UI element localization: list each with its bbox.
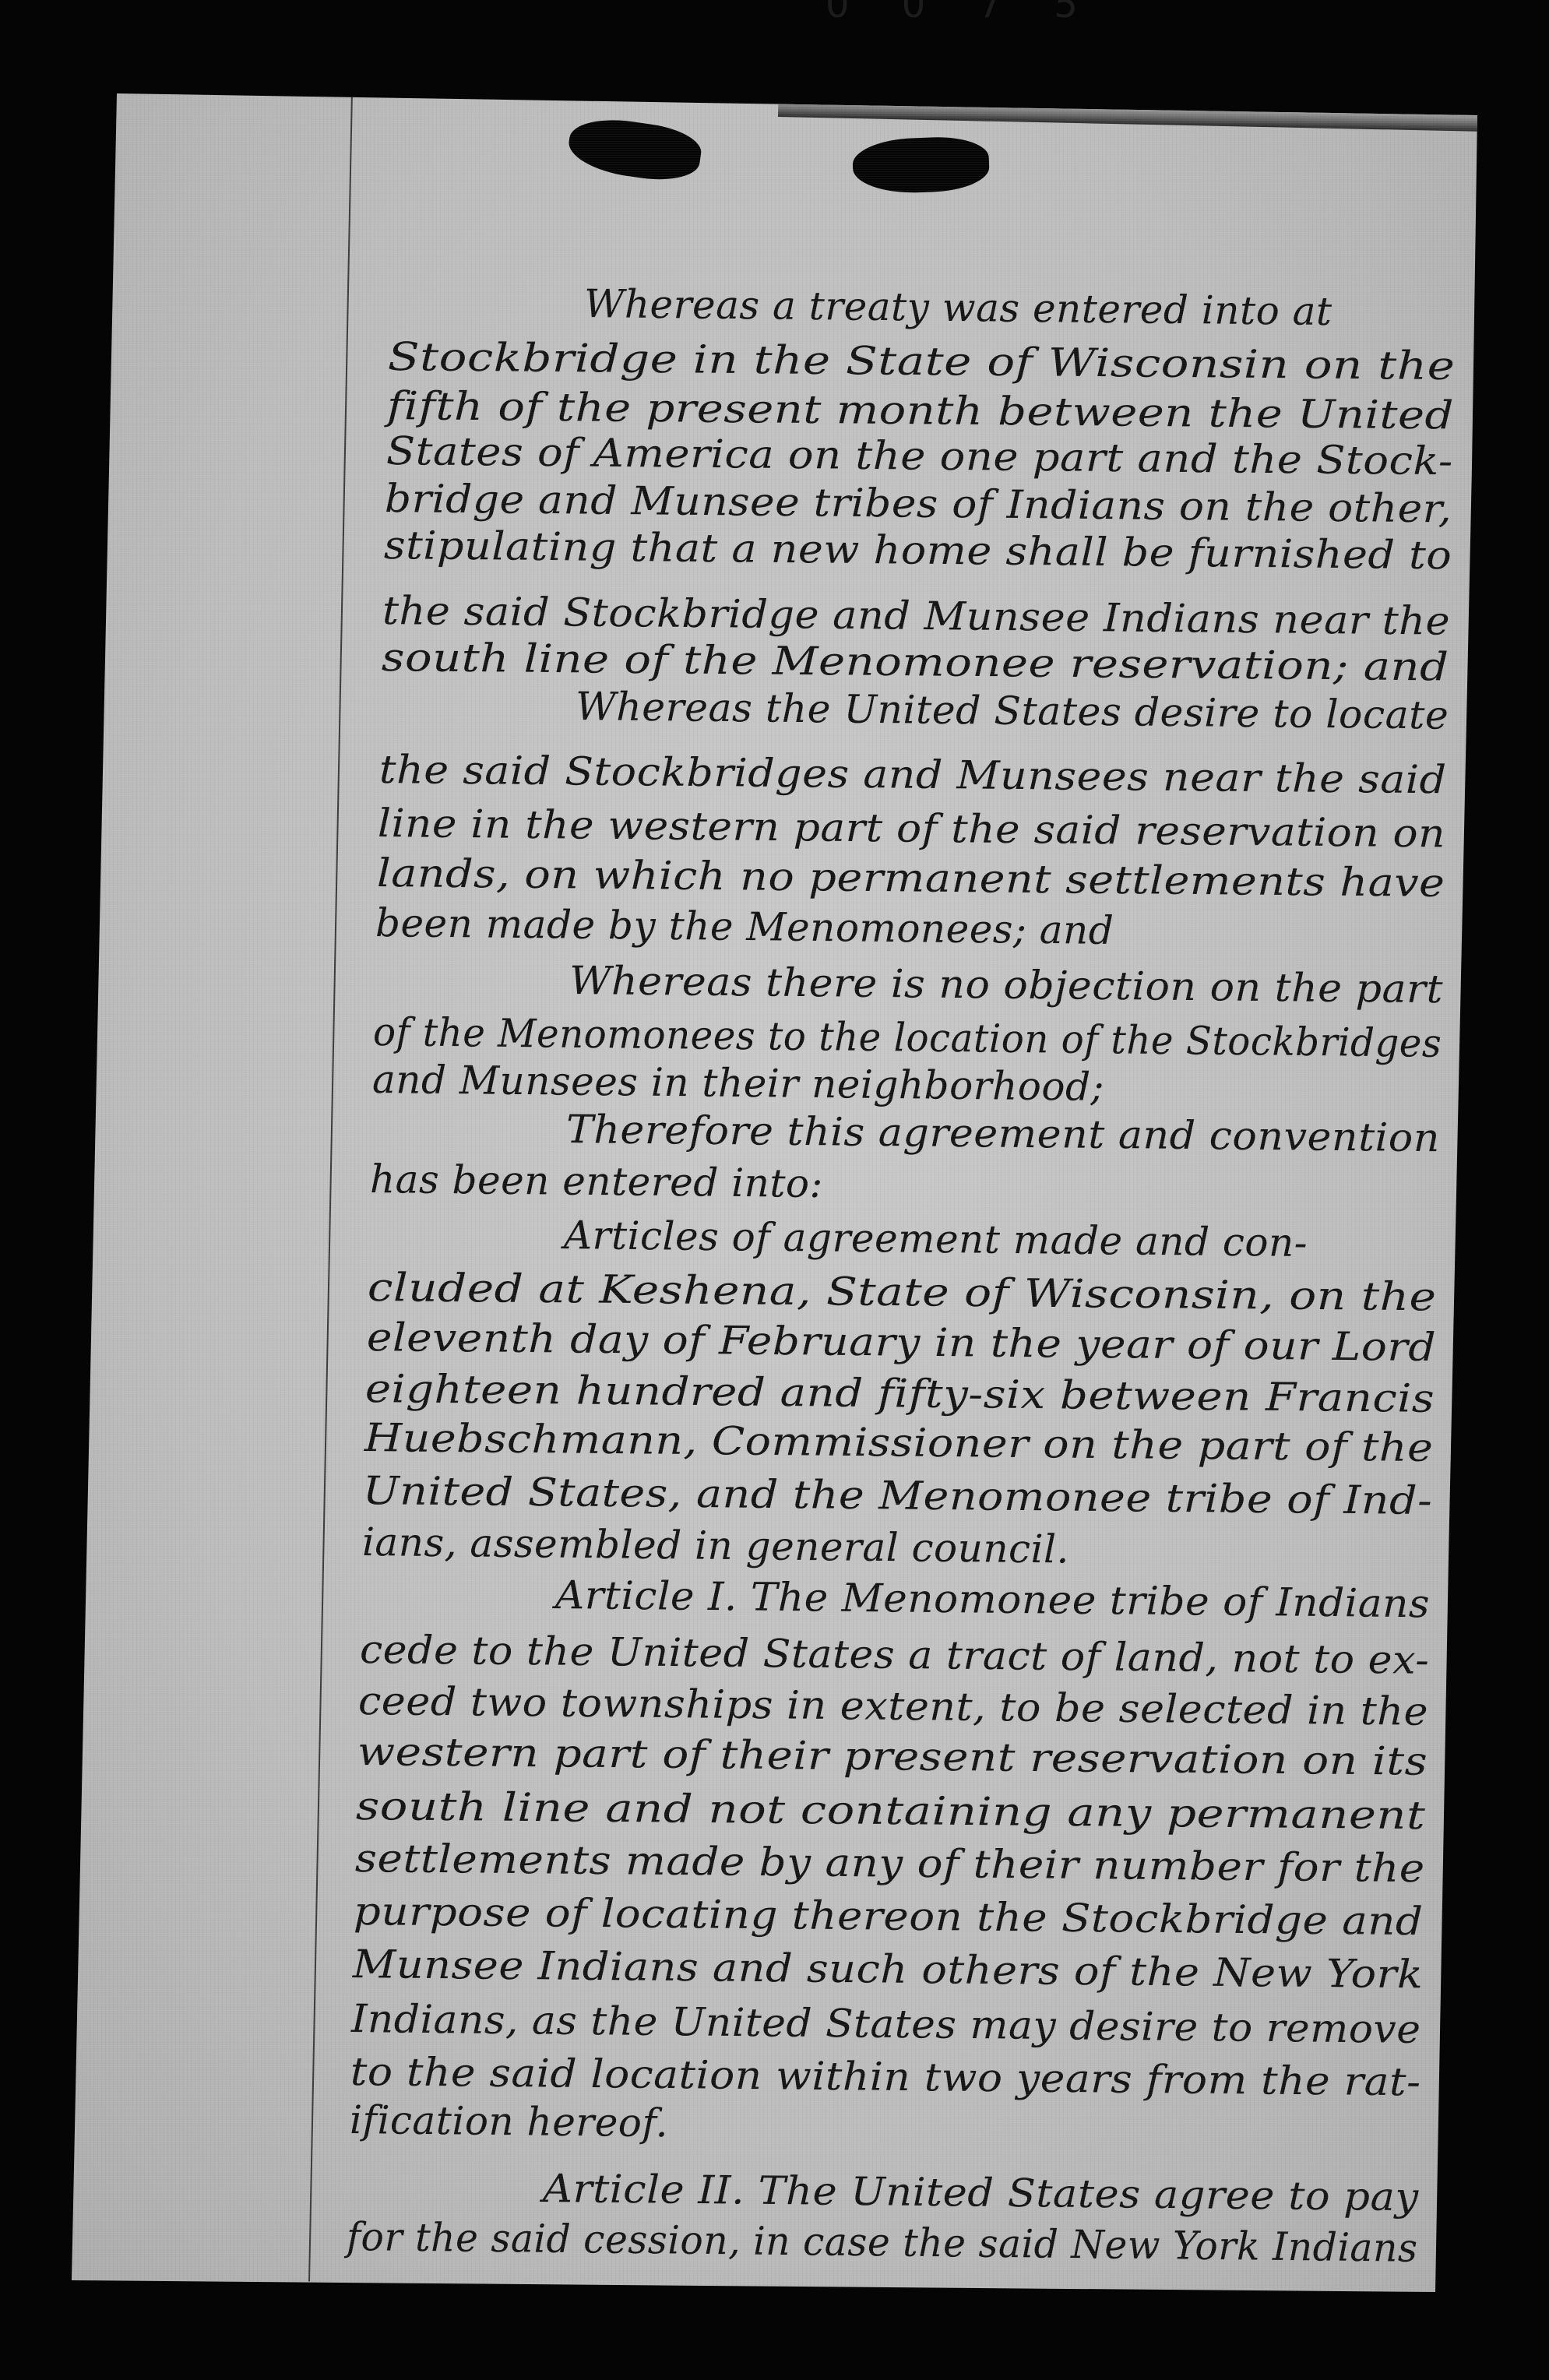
text-line: to the said location within two years fr… <box>350 2052 1421 2101</box>
text-line: bridge and Munsee tribes of Indians on t… <box>385 479 1452 528</box>
text-line: eighteen hundred and fifty-six between F… <box>365 1369 1435 1418</box>
paragraph-start-line: Articles of agreement made and con- <box>563 1216 1308 1262</box>
text-line: the said Stockbridge and Munsee Indians … <box>382 591 1451 641</box>
paragraph-start-line: Whereas a treaty was entered into at <box>584 284 1332 331</box>
film-frame-number: 0 0 7 5 <box>826 0 1098 26</box>
text-line: south line and not containing any perman… <box>356 1787 1426 1835</box>
text-line: Indians, as the United States may desire… <box>351 1999 1421 2049</box>
binding-hole-left <box>565 114 704 186</box>
text-line: cluded at Keshena, State of Wisconsin, o… <box>368 1268 1437 1316</box>
paragraph-start-line: Article II. The United States agree to p… <box>542 2169 1418 2216</box>
text-line: settlements made by any of their number … <box>355 1839 1425 1888</box>
text-line: ceed two townships in extent, to be sele… <box>358 1681 1429 1731</box>
text-line: and Munsees in their neighborhood; <box>372 1060 1104 1107</box>
text-line: of the Menomonees to the location of the… <box>373 1012 1442 1063</box>
text-line: purpose of locating thereon the Stockbri… <box>354 1892 1424 1941</box>
paragraph-start-line: Whereas there is no objection on the par… <box>569 961 1443 1009</box>
handwritten-text-block: Whereas a treaty was entered into atStoc… <box>0 0 1549 2380</box>
text-line: has been entered into: <box>370 1160 823 1203</box>
folded-page-edge <box>778 78 1480 132</box>
text-line: eleventh day of February in the year of … <box>366 1318 1436 1367</box>
text-line: ians, assembled in general council. <box>362 1523 1070 1569</box>
text-line: the said Stockbridges and Munsees near t… <box>378 750 1446 799</box>
text-line: south line of the Menomonee reservation;… <box>382 638 1449 686</box>
binding-hole-right <box>852 136 990 195</box>
text-line: been made by the Menomonees; and <box>375 903 1114 950</box>
text-line: ification hereof. <box>349 2100 668 2142</box>
text-line: lands, on which no permanent settlements… <box>377 854 1445 903</box>
text-line: Huebschmann, Commissioner on the part of… <box>364 1418 1434 1467</box>
paragraph-start-line: Therefore this agreement and convention <box>565 1110 1439 1157</box>
paragraph-start-line: Whereas the United States desire to loca… <box>575 687 1449 735</box>
paragraph-start-line: Article I. The Menomonee tribe of Indian… <box>555 1576 1431 1623</box>
text-line: fifth of the present month between the U… <box>387 386 1454 435</box>
text-line: Munsee Indians and such others of the Ne… <box>353 1945 1424 1994</box>
text-line: United States, and the Menomonee tribe o… <box>363 1471 1433 1520</box>
text-line: cede to the United States a tract of lan… <box>360 1630 1430 1680</box>
manuscript-page: Whereas a treaty was entered into atStoc… <box>0 0 1549 2380</box>
text-line: western part of their present reservatio… <box>357 1732 1428 1781</box>
text-line: Stockbridge in the State of Wisconsin on… <box>388 337 1456 386</box>
text-line: States of America on the one part and th… <box>385 431 1452 481</box>
margin-rule <box>308 92 353 2282</box>
text-line: stipulating that a new home shall be fur… <box>384 526 1452 575</box>
text-line: for the said cession, in case the said N… <box>347 2217 1418 2268</box>
text-line: line in the western part of the said res… <box>378 804 1446 853</box>
